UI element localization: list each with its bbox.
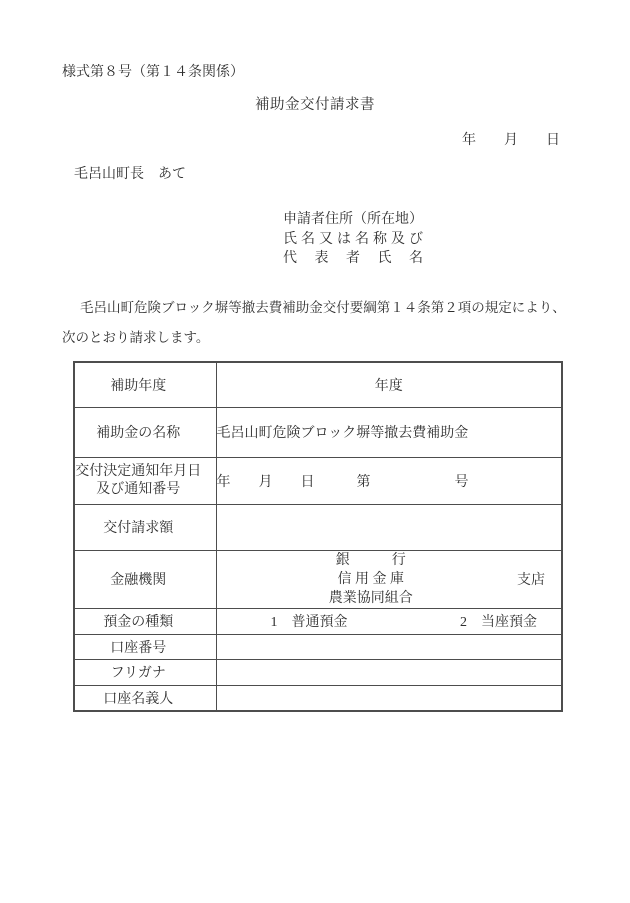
applicant-address-label: 申請者住所（所在地）: [283, 210, 423, 230]
claim-amount-value: [216, 504, 562, 550]
deposit-type-value: 1 普通預金 2 当座預金: [216, 608, 562, 634]
table-row: 口座名義人: [74, 685, 562, 711]
account-holder-label: 口座名義人: [74, 685, 216, 711]
table-row: 交付請求額: [74, 504, 562, 550]
body-line-1: 毛呂山町危険ブロック塀等撤去費補助金交付要綱第１４条第２項の規定により、: [62, 293, 582, 323]
shinkin-line: 信 用 金 庫: [217, 570, 526, 589]
table-row: 交付決定通知年月日 及び通知番号 年 月 日 第 号: [74, 457, 562, 504]
financial-institution-value: 銀 行 信 用 金 庫 農業協同組合 支店: [216, 550, 562, 608]
account-number-value: [216, 634, 562, 659]
subsidy-year-value: 年度: [216, 362, 562, 407]
subsidy-name-value: 毛呂山町危険ブロック塀等撤去費補助金: [216, 407, 562, 457]
branch-label: 支店: [517, 569, 545, 589]
decision-notice-label-line1: 交付決定通知年月日: [75, 463, 202, 481]
claim-amount-label: 交付請求額: [74, 504, 216, 550]
table-row: 預金の種類 1 普通預金 2 当座預金: [74, 608, 562, 634]
applicant-block: 申請者住所（所在地） 氏名又は名称及び 代表者氏名: [283, 210, 423, 269]
decision-notice-value: 年 月 日 第 号: [216, 457, 562, 504]
subsidy-name-label: 補助金の名称: [74, 407, 216, 457]
furigana-value: [216, 659, 562, 685]
page-title: 補助金交付請求書: [0, 93, 630, 114]
decision-notice-label-line2: 及び通知番号: [75, 481, 202, 499]
table-row: 金融機関 銀 行 信 用 金 庫 農業協同組合 支店: [74, 550, 562, 608]
financial-institution-label: 金融機関: [74, 550, 216, 608]
account-holder-value: [216, 685, 562, 711]
date-line: 年 月 日: [0, 129, 630, 149]
table-row: 補助年度 年度: [74, 362, 562, 407]
account-number-label: 口座番号: [74, 634, 216, 659]
table-row: 口座番号: [74, 634, 562, 659]
applicant-representative-label: 代表者氏名: [283, 249, 423, 269]
body-line-2: 次のとおり請求します。: [62, 323, 582, 353]
document-page: 様式第８号（第１４条関係） 補助金交付請求書 年 月 日 毛呂山町長 あて 申請…: [0, 0, 630, 903]
agri-coop-line: 農業協同組合: [217, 589, 526, 608]
applicant-name-label: 氏名又は名称及び: [283, 230, 423, 250]
bank-line: 銀 行: [217, 551, 526, 570]
deposit-type-label: 預金の種類: [74, 608, 216, 634]
table-row: フリガナ: [74, 659, 562, 685]
table-row: 補助金の名称 毛呂山町危険ブロック塀等撤去費補助金: [74, 407, 562, 457]
body-paragraph: 毛呂山町危険ブロック塀等撤去費補助金交付要綱第１４条第２項の規定により、 次のと…: [62, 293, 582, 353]
form-number: 様式第８号（第１４条関係）: [62, 61, 244, 81]
deposit-option-current: 2 当座預金: [460, 611, 537, 631]
request-table: 補助年度 年度 補助金の名称 毛呂山町危険ブロック塀等撤去費補助金 交付決定通知…: [73, 361, 563, 712]
subsidy-year-label: 補助年度: [74, 362, 216, 407]
addressee-line: 毛呂山町長 あて: [74, 163, 186, 183]
furigana-label: フリガナ: [74, 659, 216, 685]
decision-notice-label: 交付決定通知年月日 及び通知番号: [74, 457, 216, 504]
deposit-option-ordinary: 1 普通預金: [271, 611, 348, 631]
